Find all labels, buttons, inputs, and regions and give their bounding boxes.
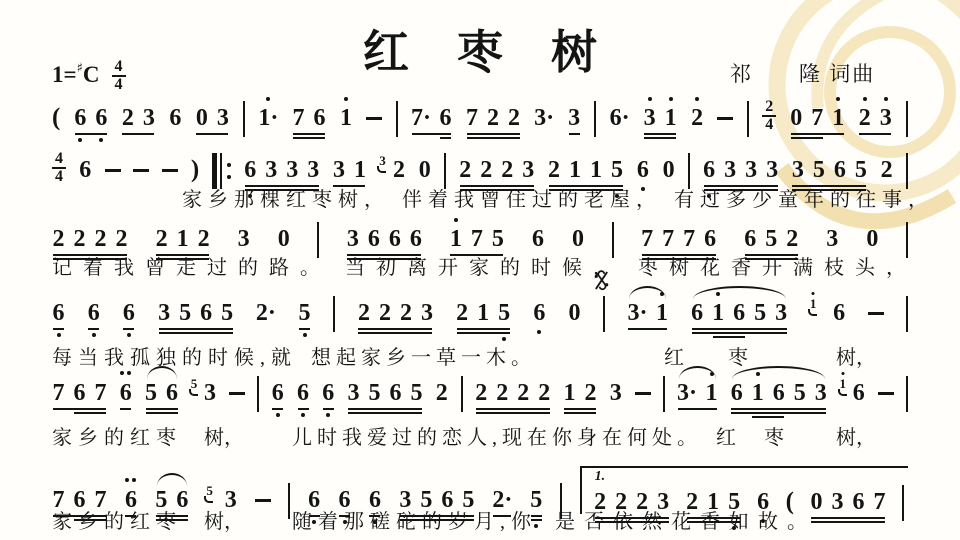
note: 7	[94, 488, 107, 512]
note: 2	[584, 381, 597, 405]
slur-group: 3·1	[677, 381, 718, 405]
note: 6	[533, 301, 546, 325]
lyrics-segment: 家乡那棵红枣树，	[182, 188, 390, 212]
octave-dot-above	[695, 97, 699, 101]
note: 6	[297, 381, 310, 405]
note: 0	[790, 106, 803, 130]
beam-line	[88, 328, 99, 330]
beam-line	[412, 133, 451, 135]
barline	[663, 376, 665, 412]
note: 6	[74, 106, 87, 130]
beam-group: 652	[744, 227, 799, 251]
beam-group: 212	[155, 227, 210, 251]
beam-group: 3	[204, 381, 217, 405]
note: 7	[873, 490, 886, 514]
slur-group: 61653	[730, 381, 827, 405]
note: 2·	[492, 488, 512, 512]
text-symbol: )	[191, 157, 199, 182]
note: 1	[449, 227, 462, 251]
lyrics-segment: 枣树花香开满枝头，	[638, 256, 917, 280]
slur-group: 56	[145, 381, 179, 405]
beam-group: 0	[572, 227, 585, 251]
note: 6	[308, 488, 321, 512]
note: 6	[244, 158, 257, 182]
note: 0	[277, 227, 290, 251]
beam-line	[731, 408, 826, 410]
note: 3	[568, 106, 581, 130]
beam-line	[549, 185, 623, 187]
grace-hook-icon	[838, 389, 847, 396]
octave-dot-below	[78, 138, 82, 142]
time-signature: 24	[762, 100, 776, 132]
barline	[257, 376, 259, 412]
lyrics-segment: 随着那磋砣的岁月,你	[292, 510, 537, 534]
note: 6	[852, 490, 865, 514]
lyrics-line: 记着我曾走过的路。当初离开家的时候，枣树花香开满枝头，	[52, 256, 917, 280]
note: 6	[441, 488, 454, 512]
grace-hook-icon	[204, 496, 213, 503]
beam-line	[752, 416, 784, 418]
lyrics-line: 家乡的红枣树，儿时我爱过的恋人,现在你身在何处。红枣树，	[52, 426, 876, 450]
note: 3	[224, 488, 237, 512]
beam-line	[678, 408, 717, 410]
beam-group: 0	[568, 301, 581, 325]
beam-group: 31	[332, 158, 366, 182]
beam-group: 6	[533, 301, 546, 325]
key-prefix: 1=	[52, 62, 77, 88]
beam-group: 5	[298, 301, 311, 325]
note: 6	[322, 381, 335, 405]
grace-note: 5	[206, 484, 213, 497]
lyrics-segment: 伴着我曾住过的老屋，	[402, 188, 662, 212]
note: 7	[683, 227, 696, 251]
repeat-begin-sign	[212, 153, 231, 189]
note: 2	[378, 301, 391, 325]
note: 7	[811, 106, 824, 130]
note: 7	[641, 227, 654, 251]
beam-line	[146, 412, 178, 414]
beam-group: 12	[563, 381, 597, 405]
beam-line	[476, 408, 550, 410]
note: 5	[812, 158, 825, 182]
lyrics-segment: 红	[716, 426, 736, 450]
score-page: 红枣树 祁 隆 词曲 1=♯C 4 4 (66236031·7617·67223…	[0, 0, 960, 540]
beam-group: 2	[880, 158, 893, 182]
barline	[333, 296, 335, 332]
note: 3	[814, 381, 827, 405]
beam-line	[476, 412, 550, 414]
octave-dot-below	[127, 333, 131, 337]
beam-line	[74, 412, 106, 414]
note: 2	[517, 381, 530, 405]
note: 5	[298, 301, 311, 325]
octave-dot-above	[266, 97, 270, 101]
beam-line	[692, 328, 787, 330]
note: 6	[271, 381, 284, 405]
note: 3	[522, 158, 535, 182]
beam-group: 76	[292, 106, 326, 130]
beam-group: 215	[456, 301, 511, 325]
beam-group: 0367	[810, 490, 886, 514]
note: 3	[609, 381, 622, 405]
note: 6	[852, 381, 865, 405]
beam-line	[811, 521, 885, 523]
note: 7	[466, 106, 479, 130]
note: 1	[751, 381, 764, 405]
beam-group: 6	[852, 381, 865, 405]
beam-group: 3565	[399, 488, 475, 512]
grace-note: 1	[810, 297, 817, 310]
octave-dot-above	[716, 292, 720, 296]
note: 2	[392, 158, 405, 182]
note: 6	[733, 301, 746, 325]
note: 6	[95, 106, 108, 130]
note: 5	[155, 488, 168, 512]
note: 1	[712, 301, 725, 325]
barline	[906, 153, 908, 189]
mordent-dots-icon	[125, 478, 129, 482]
note: 6	[833, 301, 846, 325]
note: 2·	[256, 301, 276, 325]
beam-group: 0	[277, 227, 290, 251]
beam-group: 3	[826, 227, 839, 251]
note: 2	[357, 301, 370, 325]
note: 0	[572, 227, 585, 251]
beam-line	[467, 133, 520, 135]
note: 5	[420, 488, 433, 512]
barline	[906, 296, 908, 332]
lyrics-segment: 红	[664, 346, 684, 370]
barline	[612, 222, 614, 258]
beam-group: 07	[790, 106, 824, 130]
note: 6	[313, 106, 326, 130]
meter-numerator: 4	[112, 60, 126, 77]
beam-line	[792, 185, 866, 187]
grace-note: 3	[379, 154, 386, 167]
note: 6	[691, 301, 704, 325]
note: 3	[766, 158, 779, 182]
note: 6	[704, 227, 717, 251]
octave-dot-below	[303, 333, 307, 337]
beam-group: 6	[322, 381, 335, 405]
note: 1	[353, 158, 366, 182]
note: 7	[470, 227, 483, 251]
beam-line	[811, 517, 885, 519]
slur-group: 61653	[691, 301, 788, 325]
beam-line	[272, 408, 283, 410]
duration-dash	[133, 169, 149, 172]
beam-group: 31	[643, 106, 677, 130]
music-line: 222221230366617560777665230	[52, 222, 908, 251]
beam-group: 6·	[610, 106, 630, 130]
beam-group: 2222	[475, 381, 551, 405]
note: 2	[858, 106, 871, 130]
beam-group: 6	[338, 488, 351, 512]
beam-group: 67	[73, 381, 107, 405]
note: 6	[87, 301, 100, 325]
note: 3	[879, 106, 892, 130]
beam-group: 3	[568, 106, 581, 130]
beam-line	[713, 336, 745, 338]
octave-dot-above	[669, 97, 673, 101]
note: 7	[662, 227, 675, 251]
lyrics-line: 家乡那棵红枣树，伴着我曾住过的老屋，有过多少童年的往事，	[52, 188, 934, 212]
octave-dot-above	[812, 292, 815, 295]
note: 3·	[677, 381, 697, 405]
note: 2	[155, 227, 168, 251]
note: 3·	[627, 301, 647, 325]
note: 6	[338, 488, 351, 512]
note: 0	[568, 301, 581, 325]
note: 5	[793, 381, 806, 405]
note: 1	[832, 106, 845, 130]
octave-dot-above	[648, 97, 652, 101]
note: 2	[115, 227, 128, 251]
note: 5	[410, 381, 423, 405]
beam-group: 2·	[256, 301, 276, 325]
note: 3	[831, 490, 844, 514]
music-line: 446)6333313202223211560633335652	[52, 152, 908, 182]
note: 6	[409, 227, 422, 251]
barline	[906, 222, 908, 258]
beam-group: 767	[52, 488, 107, 512]
note: 2	[480, 158, 493, 182]
beam-group: 67	[73, 488, 107, 512]
octave-dot-above	[756, 372, 760, 376]
beam-group: 2222	[52, 227, 128, 251]
note: 1	[339, 106, 352, 130]
beam-group: 16	[712, 301, 746, 325]
note: 2	[691, 106, 704, 130]
grace-hook-icon	[808, 309, 817, 316]
beam-line	[440, 137, 451, 139]
beam-group: 6	[368, 488, 381, 512]
beam-line	[159, 332, 233, 334]
note: 3	[399, 488, 412, 512]
lyrics-segment: 记着我曾走过的路。	[52, 256, 331, 280]
octave-dot-above	[841, 372, 844, 375]
beam-line	[333, 185, 365, 187]
barline	[747, 101, 749, 137]
beam-line	[791, 137, 823, 139]
note: 6	[367, 227, 380, 251]
note: 6	[119, 381, 132, 405]
beam-line	[123, 328, 134, 330]
note: 2	[459, 158, 472, 182]
note: 6·	[610, 106, 630, 130]
time-signature: 4 4	[112, 60, 126, 92]
beam-group: 03	[195, 106, 229, 130]
note: 5	[221, 301, 234, 325]
beam-group: 0	[866, 227, 879, 251]
duration-dash	[255, 499, 271, 502]
lyrics-segment: 树，	[204, 426, 244, 450]
beam-group: 1·	[258, 106, 278, 130]
beam-group: 6	[119, 381, 132, 405]
note: 6	[79, 158, 92, 182]
octave-dot-above	[863, 97, 867, 101]
note: 1	[590, 158, 603, 182]
octave-dot-below	[57, 333, 61, 337]
duration-dash	[105, 169, 121, 172]
beam-group: 2·	[492, 488, 512, 512]
grace-note: 5	[191, 377, 198, 390]
note: 2	[456, 301, 469, 325]
duration-dash	[878, 392, 894, 395]
beam-group: 6	[636, 158, 649, 182]
note: 1	[664, 106, 677, 130]
beam-group: 7776	[641, 227, 717, 251]
barline	[594, 101, 596, 137]
octave-dot-above	[884, 97, 888, 101]
beam-group: 2115	[548, 158, 624, 182]
note: 6	[52, 301, 65, 325]
note: 6	[368, 488, 381, 512]
time-signature: 44	[52, 152, 66, 184]
note: 3	[347, 381, 360, 405]
note: 5	[754, 301, 767, 325]
note: 3	[826, 227, 839, 251]
grace-hook-icon	[189, 389, 198, 396]
barline	[688, 153, 690, 189]
note: 0	[195, 106, 208, 130]
beam-line	[146, 408, 178, 410]
music-line: 7676565366635652·51.22232156(0367	[52, 466, 908, 512]
beam-group: 3	[224, 488, 237, 512]
beam-line	[75, 133, 107, 135]
note: 5	[765, 227, 778, 251]
note: 1	[176, 227, 189, 251]
beam-line	[644, 137, 676, 139]
beam-line	[704, 185, 778, 187]
note: 0	[418, 158, 431, 182]
note: 2	[399, 301, 412, 325]
octave-dot-below	[326, 413, 330, 417]
beam-group: 0	[662, 158, 675, 182]
duration-dash	[717, 117, 733, 120]
note: 2	[73, 227, 86, 251]
note: 2	[475, 381, 488, 405]
note: 5	[179, 301, 192, 325]
beam-line	[299, 328, 310, 330]
note: 2	[121, 106, 134, 130]
note: 5	[368, 381, 381, 405]
beam-group: 0	[418, 158, 431, 182]
beam-group: 2	[392, 158, 405, 182]
mordent-dots-icon	[120, 371, 124, 375]
octave-dot-above	[454, 218, 458, 222]
note: 5	[462, 488, 475, 512]
barline	[902, 485, 904, 521]
note: 2	[508, 106, 521, 130]
meter-denominator: 4	[115, 77, 123, 92]
octave-dot-above	[836, 97, 840, 101]
barline	[317, 222, 319, 258]
beam-group: 175	[449, 227, 504, 251]
beam-group: 2223	[357, 301, 433, 325]
note: 7	[52, 381, 65, 405]
note: 5	[611, 158, 624, 182]
note: 1	[569, 158, 582, 182]
beam-group: 16	[751, 381, 785, 405]
note: 6	[703, 158, 716, 182]
beam-line	[467, 137, 520, 139]
beam-group: 722	[466, 106, 521, 130]
beam-line	[122, 133, 154, 135]
beam-line	[460, 185, 534, 187]
note: 3	[204, 381, 217, 405]
beam-group: 6	[531, 227, 544, 251]
tonic: C	[83, 62, 100, 88]
grace-hook-icon	[377, 166, 386, 173]
note: 6	[169, 106, 182, 130]
lyrics-line: 每当我孤独的时候,就想起家乡一草一木。红枣树，	[52, 346, 876, 370]
music-line: 66635652·52223215603·16165316	[52, 296, 908, 325]
note: 3	[775, 301, 788, 325]
beam-group: 23	[858, 106, 892, 130]
beam-group: 6	[169, 106, 182, 130]
duration-dash	[868, 312, 884, 315]
note: 1·	[258, 106, 278, 130]
octave-dot-below	[301, 413, 305, 417]
beam-group: 3·	[534, 106, 554, 130]
note: 6	[166, 381, 179, 405]
segno-icon	[593, 270, 610, 291]
meter-numerator: 4	[52, 152, 66, 169]
note: 2	[501, 158, 514, 182]
beam-group: 6	[87, 301, 100, 325]
beam-group: 7·6	[411, 106, 452, 130]
beam-group: 6	[308, 488, 321, 512]
note: 3	[216, 106, 229, 130]
note: 2	[197, 227, 210, 251]
lyrics-segment: 每当我孤独的时候,就	[52, 346, 297, 370]
note: 3	[158, 301, 171, 325]
octave-dot-below	[537, 330, 541, 334]
beam-line	[692, 332, 787, 334]
lyrics-segment: 树，	[836, 346, 876, 370]
lyrics-segment: 家乡的红枣	[52, 426, 182, 450]
duration-dash	[229, 392, 245, 395]
beam-group: 6	[833, 301, 846, 325]
octave-dot-below	[99, 138, 103, 142]
note: 0	[662, 158, 675, 182]
note: 2	[94, 227, 107, 251]
beam-group: 6	[124, 488, 137, 512]
music-line: (66236031·7617·67223·36·3122407123	[52, 100, 908, 130]
octave-dot-below	[92, 333, 96, 337]
note: 5	[854, 158, 867, 182]
lyrics-segment: 枣	[764, 426, 784, 450]
beam-group: 3	[237, 227, 250, 251]
composer-credit: 祁 隆 词曲	[730, 58, 875, 88]
beam-group: 1	[339, 106, 352, 130]
note: 2	[786, 227, 799, 251]
note: 5	[145, 381, 158, 405]
lyrics-segment: 儿时我爱过的恋人,现在你身在何处。	[292, 426, 702, 450]
slur-group: 56	[155, 488, 189, 512]
beam-line	[564, 408, 596, 410]
beam-line	[120, 408, 131, 410]
note: 6	[833, 158, 846, 182]
duration-dash	[162, 169, 178, 172]
beam-line	[569, 133, 580, 135]
beam-line	[293, 133, 325, 135]
lyrics-segment: 枣	[728, 346, 748, 370]
note: 3	[346, 227, 359, 251]
beam-group: 3565	[791, 158, 867, 182]
beam-group: 6	[271, 381, 284, 405]
